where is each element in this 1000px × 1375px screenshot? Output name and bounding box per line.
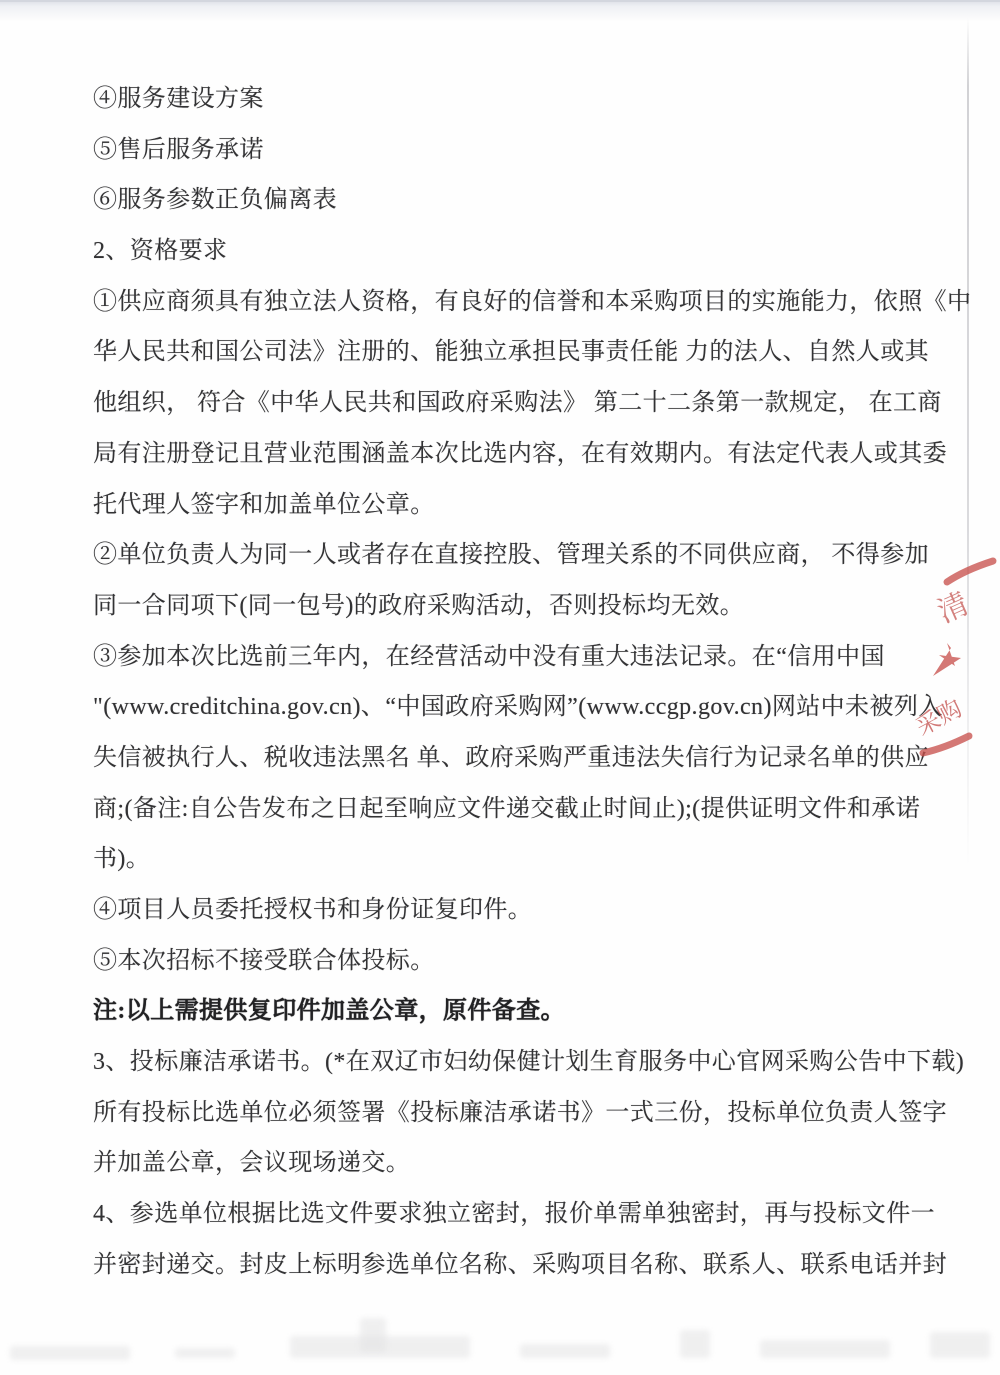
document-line: 失信被执行人、税收违法黑名 单、政府采购严重违法失信行为记录名单的供应 [93,733,911,784]
document-line: 2、资格要求 [93,226,911,277]
document-line: 并加盖公章，会议现场递交。 [93,1138,911,1189]
stamp-ring-bottom-arc [923,736,969,753]
document-line: 书)。 [93,834,911,885]
document-line: 华人民共和国公司法》注册的、能独立承担民事责任能 力的法人、自然人或其 [93,327,911,378]
document-body: ④服务建设方案⑤售后服务承诺⑥服务参数正负偏离表2、资格要求①供应商须具有独立法… [93,74,911,1291]
document-line: ②单位负责人为同一人或者存在直接控股、管理关系的不同供应商， 不得参加 [93,530,911,581]
document-line: 并密封递交。封皮上标明参选单位名称、采购项目名称、联系人、联系电话并封 [93,1240,911,1291]
scan-artifact-bleedthrough [0,1318,1000,1375]
document-line: ①供应商须具有独立法人资格，有良好的信誉和本采购项目的实施能力，依照《中 [93,277,911,328]
stamp-text-top: 清 [933,587,974,629]
document-line: 商;(备注:自公告发布之日起至响应文件递交截止时间止);(提供证明文件和承诺 [93,784,911,835]
scan-artifact-top-edge [0,0,1000,22]
document-line: 注:以上需提供复印件加盖公章，原件备查。 [93,986,911,1037]
document-line: 所有投标比选单位必须签署《投标廉洁承诺书》一式三份，投标单位负责人签字 [93,1088,911,1139]
document-line: "(www.creditchina.gov.cn)、“中国政府采购网”(www.… [93,682,911,733]
document-line: 同一合同项下(同一包号)的政府采购活动，否则投标均无效。 [93,581,911,632]
document-page: ④服务建设方案⑤售后服务承诺⑥服务参数正负偏离表2、资格要求①供应商须具有独立法… [0,0,1000,1375]
document-line: 他组织， 符合《中华人民共和国政府采购法》 第二十二条第一款规定， 在工商 [93,378,911,429]
document-line: ⑤售后服务承诺 [93,125,911,176]
document-line: ⑤本次招标不接受联合体投标。 [93,936,911,987]
document-line: 4、参选单位根据比选文件要求独立密封，报价单需单独密封，再与投标文件一 [93,1189,911,1240]
document-line: ③参加本次比选前三年内，在经营活动中没有重大违法记录。在“信用中国 [93,632,911,683]
stamp-ring-top-arc [947,561,993,582]
document-line: ⑥服务参数正负偏离表 [93,175,911,226]
document-line: 局有注册登记且营业范围涵盖本次比选内容，在有效期内。有法定代表人或其委 [93,429,911,480]
stamp-text-bottom: 采购 [912,695,967,741]
document-line: 托代理人签字和加盖单位公章。 [93,480,911,531]
document-line: ④服务建设方案 [93,74,911,125]
document-line: ④项目人员委托授权书和身份证复印件。 [93,885,911,936]
document-line: 3、投标廉洁承诺书。(*在双辽市妇幼保健计划生育服务中心官网采购公告中下载) [93,1037,911,1088]
stamp-star-icon [933,643,961,676]
official-stamp-fragment: 清 采购 [903,548,1000,768]
